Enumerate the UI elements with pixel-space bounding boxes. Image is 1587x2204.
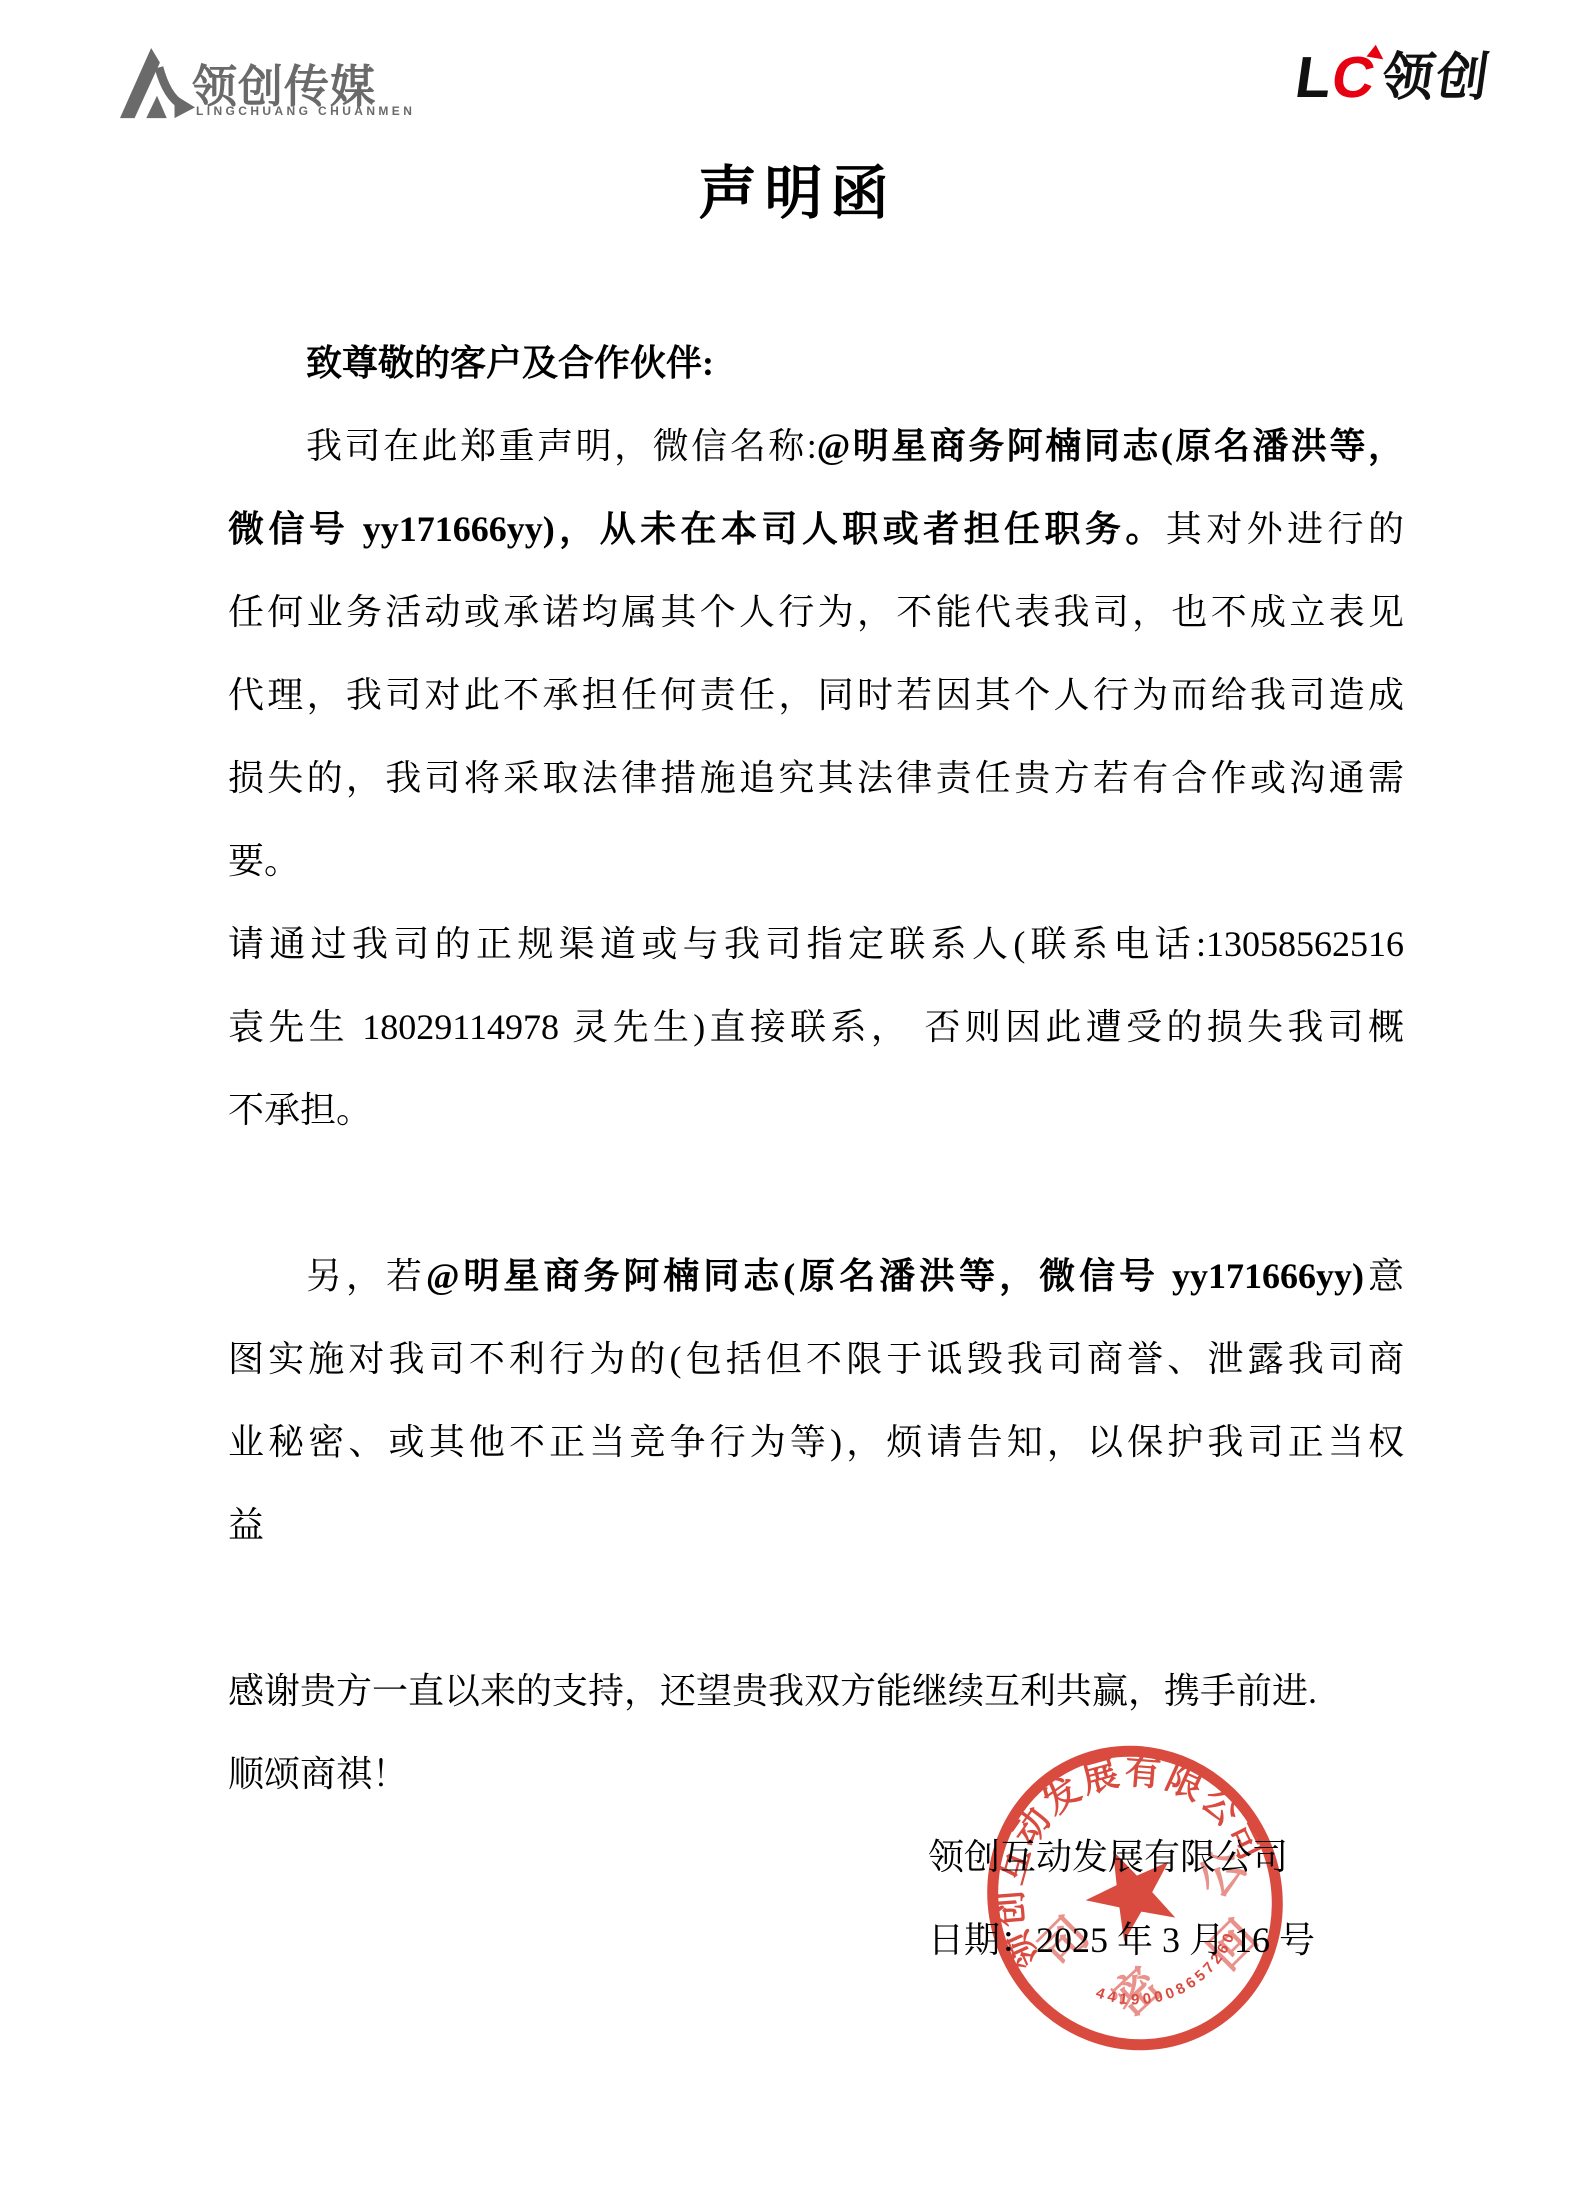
text-run: 任何业务活动或承诺均属其个人行为，不能代表我司，也不成立表见 bbox=[228, 592, 1404, 632]
company-seal-stamp: 领创互动发展有限公司 44190008657260 司 密 公 回 bbox=[985, 1742, 1285, 2054]
letter-line bbox=[228, 1567, 1404, 1650]
letter-body: 致尊敬的客户及合作伙伴:我司在此郑重声明，微信名称:@明星商务阿楠同志(原名潘洪… bbox=[228, 322, 1404, 1982]
text-run: 损失的，我司将采取法律措施追究其法律责任贵方若有合作或沟通需 bbox=[228, 758, 1404, 798]
text-run: @明星商务阿楠同志(原名潘洪等，微信号 yy171666yy) bbox=[426, 1256, 1364, 1296]
lingchuang-logo-mark bbox=[118, 46, 196, 122]
text-run: 其对外进行的 bbox=[1166, 509, 1404, 549]
text-run: 袁先生 18029114978 灵先生)直接联系， 否则因此遭受的损失我司概 bbox=[228, 1007, 1404, 1047]
text-run: 顺颂商祺！ bbox=[228, 1754, 408, 1794]
text-run: 请通过我司的正规渠道或与我司指定联系人(联系电话:13058562516 bbox=[228, 924, 1404, 964]
text-run: 感谢贵方一直以来的支持，还望贵我双方能继续互利共赢，携手前进. bbox=[228, 1671, 1317, 1711]
text-run: 不承担。 bbox=[228, 1090, 372, 1130]
text-run: 微信号 yy171666yy)，从未在本司人职或者担任职务。 bbox=[228, 509, 1166, 549]
letter-line: 感谢贵方一直以来的支持，还望贵我双方能继续互利共赢，携手前进. bbox=[228, 1650, 1404, 1733]
letter-line: 任何业务活动或承诺均属其个人行为，不能代表我司，也不成立表见 bbox=[228, 571, 1404, 654]
letter-line: 图实施对我司不利行为的(包括但不限于诋毁我司商誉、泄露我司商 bbox=[228, 1318, 1404, 1401]
letter-line: 业秘密、或其他不正当竞争行为等)，烦请告知，以保护我司正当权 bbox=[228, 1401, 1404, 1484]
text-run: 致尊敬的客户及合作伙伴: bbox=[306, 343, 714, 383]
brand-right-logo: L C 领创 bbox=[1292, 50, 1494, 106]
letter-line: 请通过我司的正规渠道或与我司指定联系人(联系电话:13058562516 bbox=[228, 903, 1404, 986]
text-run: 要。 bbox=[228, 841, 300, 881]
page-title: 声明函 bbox=[0, 146, 1587, 230]
text-run: 意 bbox=[1364, 1256, 1404, 1296]
letter-line: 要。 bbox=[228, 820, 1404, 903]
brand-right-letter-c: C bbox=[1328, 49, 1378, 107]
text-run: 另，若 bbox=[306, 1256, 426, 1296]
text-run: 益 bbox=[228, 1505, 264, 1545]
letter-line: 袁先生 18029114978 灵先生)直接联系， 否则因此遭受的损失我司概 bbox=[228, 986, 1404, 1069]
stamp-star-icon bbox=[1072, 1832, 1192, 1949]
statement-letter-page: 领创传媒 LINGCHUANG CHUANMEN L C 领创 声明函 致尊敬的… bbox=[0, 0, 1587, 2204]
letter-line: 代理，我司对此不承担任何责任，同时若因其个人行为而给我司造成 bbox=[228, 654, 1404, 737]
letter-line: 损失的，我司将采取法律措施追究其法律责任贵方若有合作或沟通需 bbox=[228, 737, 1404, 820]
brand-left-logo: 领创传媒 LINGCHUANG CHUANMEN bbox=[118, 42, 438, 132]
stamp-ghost-char-2: 密 bbox=[1102, 1958, 1170, 2027]
text-run: 代理，我司对此不承担任何责任，同时若因其个人行为而给我司造成 bbox=[228, 675, 1404, 715]
letter-line: 致尊敬的客户及合作伙伴: bbox=[228, 322, 1404, 405]
letter-line: 微信号 yy171666yy)，从未在本司人职或者担任职务。其对外进行的 bbox=[228, 488, 1404, 571]
letter-line: 益 bbox=[228, 1484, 1404, 1567]
letter-line: 不承担。 bbox=[228, 1069, 1404, 1152]
text-run: @明星商务阿楠同志(原名潘洪等， bbox=[817, 426, 1404, 466]
letter-line bbox=[228, 1152, 1404, 1235]
text-run: 图实施对我司不利行为的(包括但不限于诋毁我司商誉、泄露我司商 bbox=[228, 1339, 1404, 1379]
brand-right-name: 领创 bbox=[1379, 52, 1494, 104]
brand-left-subtitle: LINGCHUANG CHUANMEN bbox=[196, 104, 415, 118]
text-run: 我司在此郑重声明，微信名称: bbox=[306, 426, 817, 466]
letter-line: 另，若@明星商务阿楠同志(原名潘洪等，微信号 yy171666yy)意 bbox=[228, 1235, 1404, 1318]
letter-line: 我司在此郑重声明，微信名称:@明星商务阿楠同志(原名潘洪等， bbox=[228, 405, 1404, 488]
text-run: 业秘密、或其他不正当竞争行为等)，烦请告知，以保护我司正当权 bbox=[228, 1422, 1404, 1462]
stamp-ghost-char-1: 司 bbox=[1030, 1908, 1099, 1977]
